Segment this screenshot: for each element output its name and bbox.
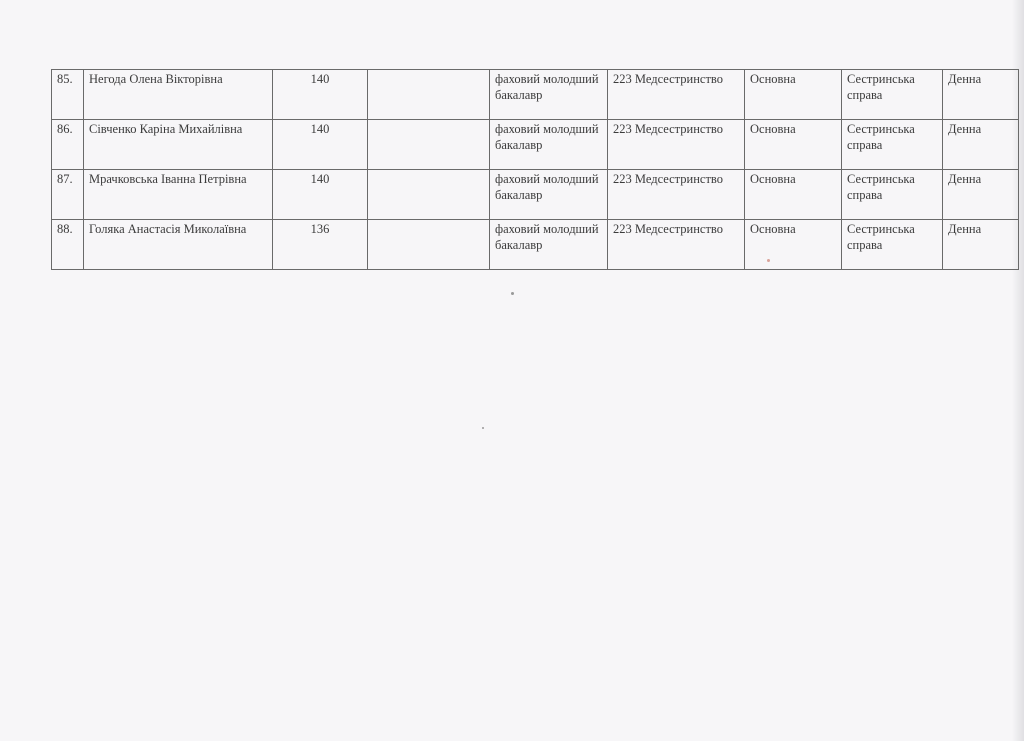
applicant-name: Сівченко Каріна Михайлівна <box>84 120 273 170</box>
score: 136 <box>273 220 368 270</box>
row-number: 85. <box>52 70 84 120</box>
applicant-name: Голяка Анастасія Миколаївна <box>84 220 273 270</box>
specialty: 223 Медсестринство <box>608 170 745 220</box>
table-row: 85. Негода Олена Вікторівна 140 фаховий … <box>52 70 1019 120</box>
education-level: фаховий молодший бакалавр <box>490 170 608 220</box>
scan-speck <box>482 427 484 429</box>
specialty: 223 Медсестринство <box>608 120 745 170</box>
basis-type: Основна <box>745 220 842 270</box>
row-number: 86. <box>52 120 84 170</box>
program: Сестринська справа <box>842 220 943 270</box>
score: 140 <box>273 120 368 170</box>
basis-type: Основна <box>745 170 842 220</box>
extra-cell <box>368 70 490 120</box>
study-form: Денна <box>943 120 1019 170</box>
extra-cell <box>368 120 490 170</box>
row-number: 87. <box>52 170 84 220</box>
study-form: Денна <box>943 220 1019 270</box>
program: Сестринська справа <box>842 170 943 220</box>
specialty: 223 Медсестринство <box>608 220 745 270</box>
extra-cell <box>368 170 490 220</box>
education-level: фаховий молодший бакалавр <box>490 70 608 120</box>
table-row: 88. Голяка Анастасія Миколаївна 136 фахо… <box>52 220 1019 270</box>
education-level: фаховий молодший бакалавр <box>490 120 608 170</box>
specialty: 223 Медсестринство <box>608 70 745 120</box>
applicant-name: Негода Олена Вікторівна <box>84 70 273 120</box>
study-form: Денна <box>943 170 1019 220</box>
program: Сестринська справа <box>842 120 943 170</box>
row-number: 88. <box>52 220 84 270</box>
applicants-table: 85. Негода Олена Вікторівна 140 фаховий … <box>51 69 1019 270</box>
table-row: 87. Мрачковська Іванна Петрівна 140 фахо… <box>52 170 1019 220</box>
basis-type: Основна <box>745 120 842 170</box>
education-level: фаховий молодший бакалавр <box>490 220 608 270</box>
extra-cell <box>368 220 490 270</box>
applicant-name: Мрачковська Іванна Петрівна <box>84 170 273 220</box>
program: Сестринська справа <box>842 70 943 120</box>
score: 140 <box>273 70 368 120</box>
scan-speck <box>511 292 514 295</box>
study-form: Денна <box>943 70 1019 120</box>
table-row: 86. Сівченко Каріна Михайлівна 140 фахов… <box>52 120 1019 170</box>
scan-speck <box>767 259 770 262</box>
score: 140 <box>273 170 368 220</box>
basis-type: Основна <box>745 70 842 120</box>
